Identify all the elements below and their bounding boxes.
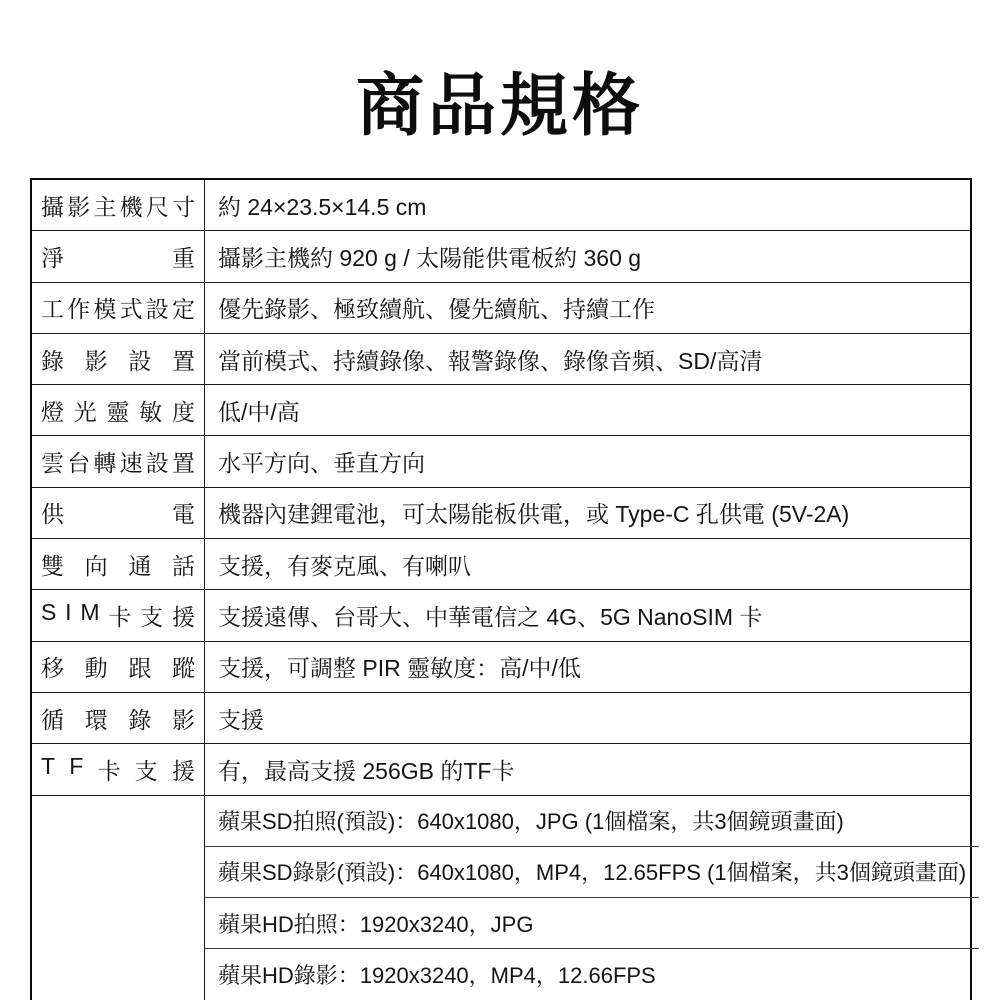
spec-label-cell: 雲台轉速設置 (32, 436, 205, 486)
spec-label: 循環錄影 (41, 702, 195, 735)
spec-row-tf-card: TF卡支援 有，最高支援 256GB 的TF卡 (32, 744, 970, 795)
spec-label: TF卡支援 (41, 753, 195, 786)
spec-label-cell: 工作模式設定 (32, 283, 205, 333)
spec-row-recording-settings: 錄影設置 當前模式、持續錄像、報警錄像、錄像音頻、SD/高清 (32, 334, 970, 385)
spec-value: 優先錄影、極致續航、優先續航、持續工作 (205, 283, 970, 333)
camera-format-empty-label-cell (32, 796, 205, 1000)
spec-value: 當前模式、持續錄像、報警錄像、錄像音頻、SD/高清 (205, 334, 970, 384)
spec-label-cell: TF卡支援 (32, 744, 205, 794)
spec-row-gimbal-speed: 雲台轉速設置 水平方向、垂直方向 (32, 436, 970, 487)
spec-table: 攝影主機尺寸 約 24×23.5×14.5 cm 淨重 攝影主機約 920 g … (30, 178, 972, 1000)
spec-label-cell: 燈光靈敏度 (32, 385, 205, 435)
spec-label: 燈光靈敏度 (41, 394, 195, 427)
spec-label: 錄影設置 (41, 343, 195, 376)
spec-row-work-mode: 工作模式設定 優先錄影、極致續航、優先續航、持續工作 (32, 283, 970, 334)
camera-spec-hd-video: 蘋果HD錄影：1920x3240，MP4，12.66FPS (205, 948, 979, 999)
spec-value: 低/中/高 (205, 385, 970, 435)
page-title: 商品規格 (0, 52, 1000, 149)
camera-spec-sd-video: 蘋果SD錄影(預設)：640x1080，MP4，12.65FPS (1個檔案，共… (205, 846, 979, 897)
spec-row-dimensions: 攝影主機尺寸 約 24×23.5×14.5 cm (32, 180, 970, 231)
spec-label-cell: 雙向通話 (32, 539, 205, 589)
spec-label: 移動跟蹤 (41, 650, 195, 683)
spec-label: 攝影主機尺寸 (41, 189, 195, 222)
spec-label-cell: 供電 (32, 488, 205, 538)
spec-value: 約 24×23.5×14.5 cm (205, 180, 970, 230)
spec-row-loop-recording: 循環錄影 支援 (32, 693, 970, 744)
spec-label: 淨重 (41, 240, 195, 273)
spec-row-net-weight: 淨重 攝影主機約 920 g / 太陽能供電板約 360 g (32, 231, 970, 282)
spec-label-cell: 錄影設置 (32, 334, 205, 384)
spec-value: 支援遠傳、台哥大、中華電信之 4G、5G NanoSIM 卡 (205, 590, 970, 640)
spec-label: 工作模式設定 (41, 291, 195, 324)
spec-value: 水平方向、垂直方向 (205, 436, 970, 486)
spec-label: 雲台轉速設置 (41, 445, 195, 478)
spec-row-sim-support: SIM卡支援 支援遠傳、台哥大、中華電信之 4G、5G NanoSIM 卡 (32, 590, 970, 641)
spec-label-cell: SIM卡支援 (32, 590, 205, 640)
camera-format-list: 蘋果SD拍照(預設)：640x1080，JPG (1個檔案，共3個鏡頭畫面) 蘋… (205, 796, 979, 1000)
spec-row-motion-tracking: 移動跟蹤 支援，可調整 PIR 靈敏度：高/中/低 (32, 642, 970, 693)
spec-row-two-way-talk: 雙向通話 支援，有麥克風、有喇叭 (32, 539, 970, 590)
spec-label: 雙向通話 (41, 548, 195, 581)
spec-value: 支援，可調整 PIR 靈敏度：高/中/低 (205, 642, 970, 692)
spec-label-cell: 移動跟蹤 (32, 642, 205, 692)
camera-spec-hd-photo: 蘋果HD拍照：1920x3240，JPG (205, 897, 979, 948)
spec-row-power-supply: 供電 機器內建鋰電池，可太陽能板供電，或 Type-C 孔供電 (5V-2A) (32, 488, 970, 539)
spec-value: 有，最高支援 256GB 的TF卡 (205, 744, 970, 794)
camera-spec-sd-photo: 蘋果SD拍照(預設)：640x1080，JPG (1個檔案，共3個鏡頭畫面) (205, 796, 979, 846)
spec-label-cell: 循環錄影 (32, 693, 205, 743)
spec-value: 機器內建鋰電池，可太陽能板供電，或 Type-C 孔供電 (5V-2A) (205, 488, 970, 538)
spec-label: SIM卡支援 (41, 599, 195, 632)
spec-value: 攝影主機約 920 g / 太陽能供電板約 360 g (205, 231, 970, 281)
product-spec-page: 商品規格 攝影主機尺寸 約 24×23.5×14.5 cm 淨重 攝影主機約 9… (0, 0, 1000, 1000)
spec-row-light-sensitivity: 燈光靈敏度 低/中/高 (32, 385, 970, 436)
spec-label-cell: 淨重 (32, 231, 205, 281)
spec-value: 支援，有麥克風、有喇叭 (205, 539, 970, 589)
spec-label-cell: 攝影主機尺寸 (32, 180, 205, 230)
camera-format-section: 蘋果SD拍照(預設)：640x1080，JPG (1個檔案，共3個鏡頭畫面) 蘋… (32, 796, 970, 1000)
spec-value: 支援 (205, 693, 970, 743)
spec-label: 供電 (41, 496, 195, 529)
